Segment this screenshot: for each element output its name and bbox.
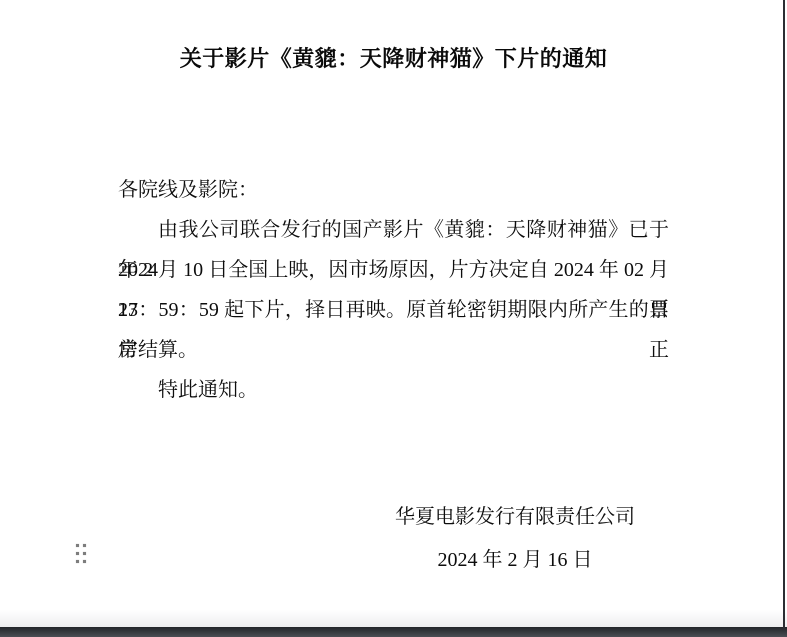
document-title: 关于影片《黄貔：天降财神猫》下片的通知 bbox=[0, 42, 787, 73]
drag-handle-dot bbox=[76, 560, 79, 563]
page-edge-right bbox=[783, 0, 785, 629]
drag-handle-dot bbox=[76, 552, 79, 555]
document-body: 各院线及影院： 由我公司联合发行的国产影片《黄貔：天降财神猫》已于 2024 年… bbox=[118, 170, 669, 410]
signature-date: 2024 年 2 月 16 日 bbox=[350, 540, 680, 580]
body-line: 23：59：59 起下片，择日再映。原首轮密钥期限内所产生的票房正 bbox=[118, 290, 669, 330]
notice-document-page: 关于影片《黄貔：天降财神猫》下片的通知 各院线及影院： 由我公司联合发行的国产影… bbox=[0, 0, 787, 637]
drag-handle-dot bbox=[83, 544, 86, 547]
drag-handle-dot bbox=[83, 552, 86, 555]
closing-line: 特此通知。 bbox=[118, 370, 669, 410]
drag-handle-icon[interactable] bbox=[76, 544, 86, 563]
signature-block: 华夏电影发行有限责任公司 2024 年 2 月 16 日 bbox=[350, 497, 680, 580]
drag-handle-dot bbox=[83, 560, 86, 563]
page-edge-bottom bbox=[0, 627, 787, 637]
salutation-line: 各院线及影院： bbox=[118, 170, 669, 210]
body-line: 年 2 月 10 日全国上映，因市场原因，片方决定自 2024 年 02 月 1… bbox=[118, 250, 669, 290]
body-line: 由我公司联合发行的国产影片《黄貔：天降财神猫》已于 2024 bbox=[118, 210, 669, 250]
drag-handle-dot bbox=[76, 544, 79, 547]
page-bottom-fade bbox=[0, 610, 787, 627]
signature-company: 华夏电影发行有限责任公司 bbox=[350, 497, 680, 537]
